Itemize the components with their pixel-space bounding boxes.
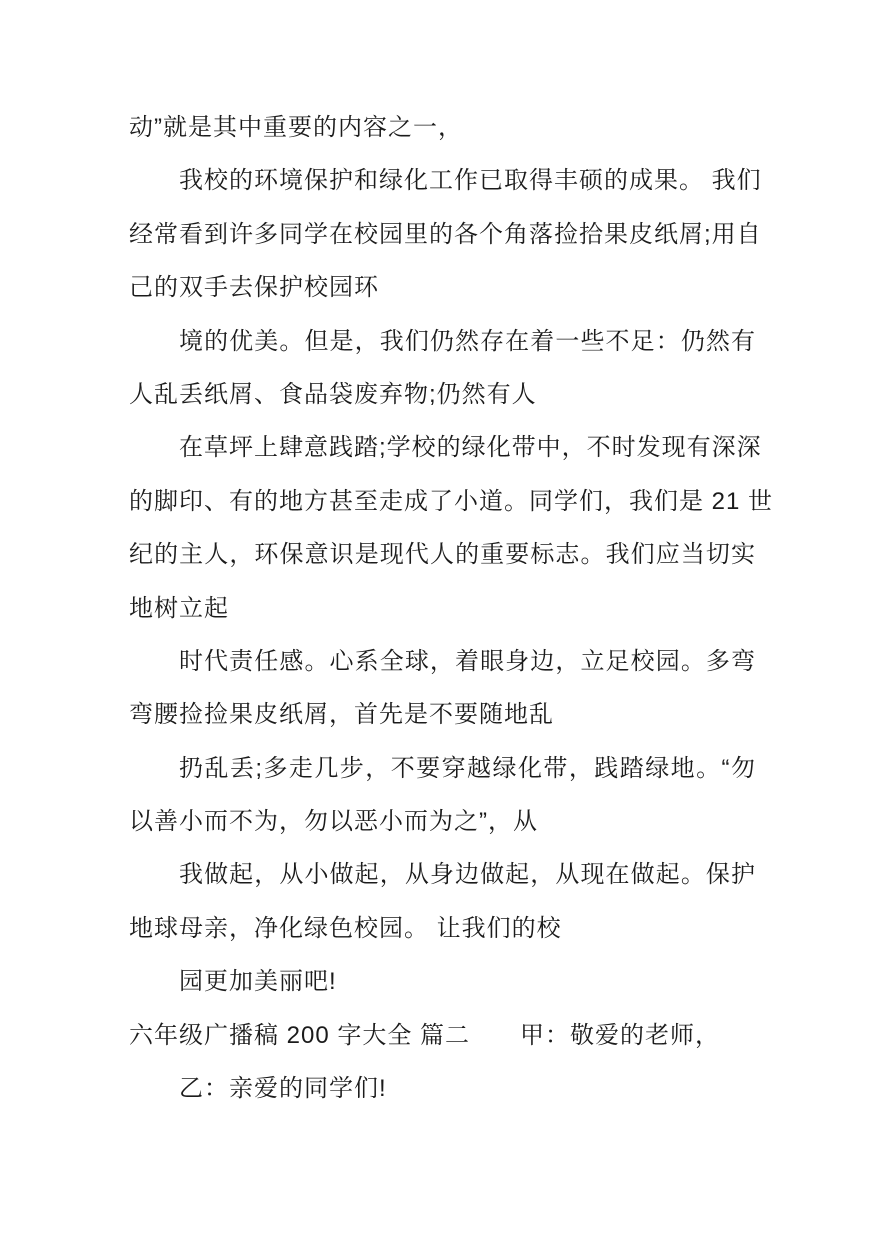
text-line: 扔乱丢;多走几步，不要穿越绿化带，践踏绿地。“勿 [129,742,756,795]
text-line: 我做起，从小做起，从身边做起，从现在做起。保护 [129,848,756,901]
text-line: 动”就是其中重要的内容之一， [129,101,756,154]
text-line: 纪的主人，环保意识是现代人的重要标志。我们应当切实 [129,528,756,581]
text-line: 地球母亲，净化绿色校园。 让我们的校 [129,902,756,955]
text-line: 经常看到许多同学在校园里的各个角落捡拾果皮纸屑;用自 [129,208,756,261]
text-line: 我校的环境保护和绿化工作已取得丰硕的成果。 我们 [129,154,756,207]
text-line: 时代责任感。心系全球，着眼身边，立足校园。多弯 [129,635,756,688]
text-line: 在草坪上肆意践踏;学校的绿化带中，不时发现有深深 [129,421,756,474]
text-line: 以善小而不为，勿以恶小而为之”，从 [129,795,756,848]
text-line: 弯腰捡捡果皮纸屑，首先是不要随地乱 [129,688,756,741]
text-line: 地树立起 [129,582,756,635]
text-line: 己的双手去保护校园环 [129,261,756,314]
text-line: 园更加美丽吧! [129,955,756,1008]
text-line: 人乱丢纸屑、食品袋废弃物;仍然有人 [129,368,756,421]
text-line: 乙：亲爱的同学们! [129,1062,756,1115]
document-page: 动”就是其中重要的内容之一， 我校的环境保护和绿化工作已取得丰硕的成果。 我们 … [0,0,884,1250]
text-line: 的脚印、有的地方甚至走成了小道。同学们，我们是 21 世 [129,475,756,528]
text-line: 境的优美。但是，我们仍然存在着一些不足：仍然有 [129,315,756,368]
text-line: 六年级广播稿 200 字大全 篇二 甲：敬爱的老师， [129,1009,756,1062]
